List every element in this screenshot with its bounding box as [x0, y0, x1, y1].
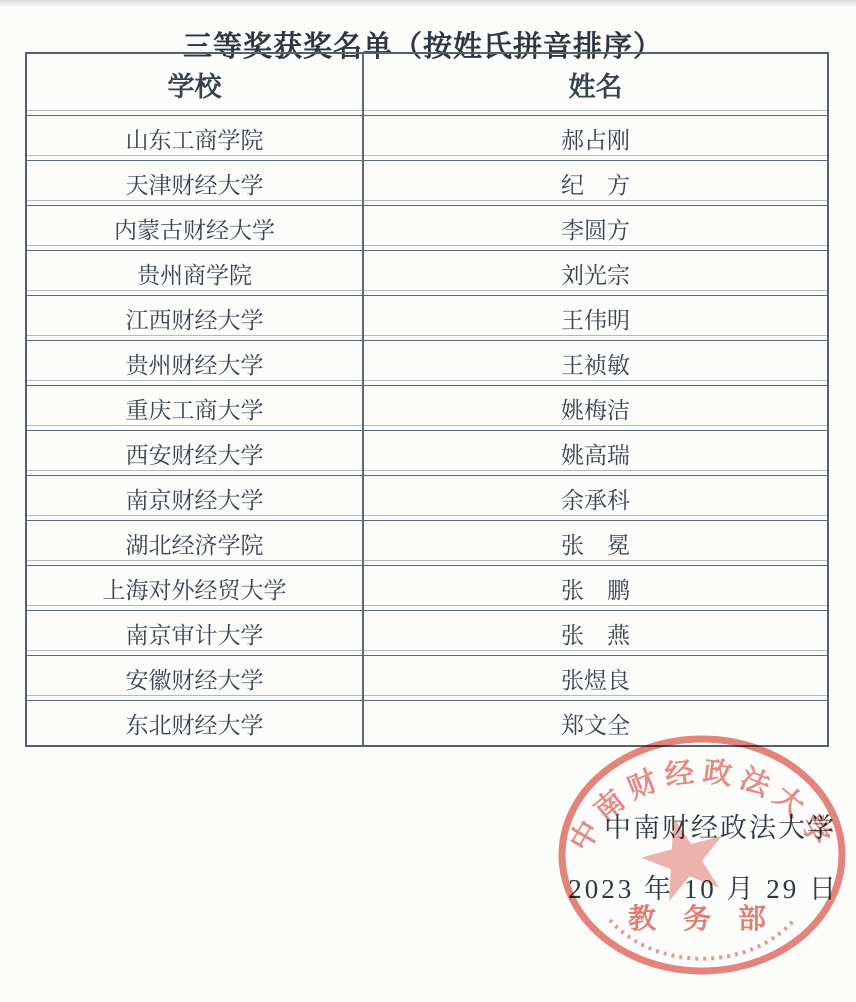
school-cell: 重庆工商大学 [26, 386, 363, 431]
signature-organization: 中南财经政法大学 [604, 806, 836, 845]
name-cell: 王伟明 [363, 296, 828, 341]
school-cell: 南京财经大学 [26, 476, 363, 521]
school-cell: 湖北经济学院 [26, 521, 363, 566]
seal-bottom-microtext [610, 920, 794, 959]
school-cell: 内蒙古财经大学 [26, 206, 363, 251]
school-cell: 东北财经大学 [26, 701, 363, 747]
column-header-school: 学校 [26, 53, 363, 116]
name-cell: 郝占刚 [363, 116, 828, 161]
award-table: 学校 姓名 山东工商学院 郝占刚 天津财经大学 纪 方 内蒙古财经大学 李圆方 … [25, 52, 829, 747]
table-row: 上海对外经贸大学 张 鹏 [26, 566, 828, 611]
official-seal: 中南财经政法大学 教 务 部 [552, 732, 852, 988]
signature-date: 2023 年 10 月 29 日 [568, 867, 839, 906]
name-cell: 张 燕 [363, 611, 828, 656]
name-cell: 张 冕 [363, 521, 828, 566]
school-cell: 贵州商学院 [26, 251, 363, 296]
school-cell: 江西财经大学 [26, 296, 363, 341]
header-row: 学校 姓名 [26, 53, 828, 116]
scanned-document-page: { "page": { "title": "三等奖获奖名单（按姓氏拼音排序）" … [0, 0, 856, 1002]
school-cell: 贵州财经大学 [26, 341, 363, 386]
school-cell: 上海对外经贸大学 [26, 566, 363, 611]
name-cell: 张煜良 [363, 656, 828, 701]
name-cell: 姚高瑞 [363, 431, 828, 476]
school-cell: 安徽财经大学 [26, 656, 363, 701]
table-row: 重庆工商大学 姚梅洁 [26, 386, 828, 431]
seal-ring [562, 739, 842, 971]
award-table-body: 山东工商学院 郝占刚 天津财经大学 纪 方 内蒙古财经大学 李圆方 贵州商学院 … [26, 116, 828, 747]
name-cell: 李圆方 [363, 206, 828, 251]
name-cell: 纪 方 [363, 161, 828, 206]
name-cell: 郑文全 [363, 701, 828, 747]
table-row: 天津财经大学 纪 方 [26, 161, 828, 206]
table-row: 南京财经大学 余承科 [26, 476, 828, 521]
name-cell: 刘光宗 [363, 251, 828, 296]
school-cell: 西安财经大学 [26, 431, 363, 476]
name-cell: 张 鹏 [363, 566, 828, 611]
table-row: 江西财经大学 王伟明 [26, 296, 828, 341]
name-cell: 姚梅洁 [363, 386, 828, 431]
school-cell: 南京审计大学 [26, 611, 363, 656]
table-row: 贵州财经大学 王祯敏 [26, 341, 828, 386]
school-cell: 天津财经大学 [26, 161, 363, 206]
name-cell: 余承科 [363, 476, 828, 521]
table-row: 内蒙古财经大学 李圆方 [26, 206, 828, 251]
table-row: 安徽财经大学 张煜良 [26, 656, 828, 701]
table-row: 东北财经大学 郑文全 [26, 701, 828, 747]
table-row: 西安财经大学 姚高瑞 [26, 431, 828, 476]
table-row: 南京审计大学 张 燕 [26, 611, 828, 656]
table-row: 山东工商学院 郝占刚 [26, 116, 828, 161]
table-row: 贵州商学院 刘光宗 [26, 251, 828, 296]
name-cell: 王祯敏 [363, 341, 828, 386]
table-row: 湖北经济学院 张 冕 [26, 521, 828, 566]
seal-department-text: 教 务 部 [628, 903, 776, 935]
column-header-name: 姓名 [363, 53, 828, 116]
school-cell: 山东工商学院 [26, 116, 363, 161]
